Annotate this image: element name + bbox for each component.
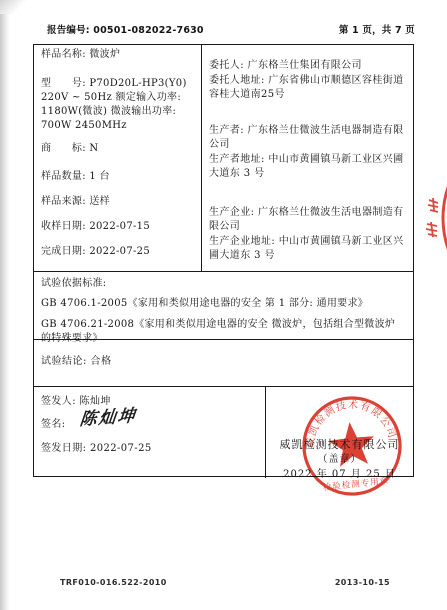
sample-trademark: 商 标: N [41, 142, 197, 156]
sample-rating-2: 1180W(微波) 微波输出功率: [41, 105, 197, 119]
page-header: 报告编号: 00501-082022-7630 第 1 页，共 7 页 [47, 22, 415, 36]
signature-label: 签名: [41, 418, 265, 432]
company-seal-stamp: 威凯检测技术有限公司 检验检测专用章 [300, 394, 404, 504]
sample-completed: 完成日期: 2022-07-25 [41, 245, 197, 259]
consignor: 委托人: 广东格兰仕集团有限公司 [209, 59, 405, 74]
report-page: 报告编号: 00501-082022-7630 第 1 页，共 7 页 样品名称… [0, 0, 447, 610]
sample-source: 样品来源: 送样 [41, 195, 197, 209]
scan-corner-shadow [0, 0, 26, 14]
sample-received: 收样日期: 2022-07-15 [41, 220, 197, 234]
issue-date-line: 签发日期: 2022-07-25 [41, 442, 265, 456]
manufacturer-block: 生产者: 广东格兰仕微波生活电器制造有限公司 生产者地址: 中山市黄圃镇马新工业… [209, 124, 405, 182]
standards-cell: 试验依据标准: GB 4706.1-2005《家用和类似用途电器的安全 第 1 … [34, 271, 413, 339]
producer-address: 生产企业地址: 中山市黄圃镇马新工业区兴圃大道东 3 号 [209, 235, 405, 264]
manufacturer-address: 生产者地址: 中山市黄圃镇马新工业区兴圃大道东 3 号 [209, 153, 405, 182]
edge-seal-glyph-marks [426, 198, 438, 237]
sample-quantity: 样品数量: 1 台 [41, 170, 197, 184]
consignor-address: 委托人地址: 广东省佛山市顺德区容桂街道容桂大道南25号 [209, 74, 405, 103]
seal-star-icon [327, 420, 377, 468]
issuer-line: 签发人: 陈灿坤 [41, 395, 265, 409]
standards-title: 试验依据标准: [41, 277, 405, 291]
producer: 生产企业: 广东格兰仕微波生活电器制造有限公司 [209, 206, 405, 235]
footer-doc-code: TRF010-016.522-2010 [60, 578, 167, 587]
handwritten-signature: 陈灿坤 [79, 401, 139, 430]
scan-edge-shadow [0, 0, 10, 610]
sample-name: 样品名称: 微波炉 [41, 48, 197, 62]
sample-rating-3: 700W 2450MHz [41, 119, 197, 133]
footer-date: 2013-10-15 [335, 578, 390, 587]
consignor-block: 委托人: 广东格兰仕集团有限公司 委托人地址: 广东省佛山市顺德区容桂街道容桂大… [209, 59, 405, 103]
producer-block: 生产企业: 广东格兰仕微波生活电器制造有限公司 生产企业地址: 中山市黄圃镇马新… [209, 206, 405, 264]
page-footer: TRF010-016.522-2010 2013-10-15 [60, 578, 390, 587]
standard-1: GB 4706.1-2005《家用和类似用途电器的安全 第 1 部分: 通用要求… [41, 297, 405, 312]
sample-info-cell: 样品名称: 微波炉 型 号: P70D20L-HP3(Y0) 220V ~ 50… [34, 45, 202, 271]
manufacturer: 生产者: 广东格兰仕微波生活电器制造有限公司 [209, 124, 405, 153]
report-number: 报告编号: 00501-082022-7630 [47, 22, 204, 36]
edge-seal-fragment [417, 158, 447, 280]
conclusion-text: 试验结论: 合格 [41, 356, 112, 367]
party-info-cell: 委托人: 广东格兰仕集团有限公司 委托人地址: 广东省佛山市顺德区容桂街道容桂大… [202, 45, 413, 271]
edge-seal-arc [443, 158, 447, 280]
page-indicator: 第 1 页，共 7 页 [339, 22, 415, 36]
info-row: 样品名称: 微波炉 型 号: P70D20L-HP3(Y0) 220V ~ 50… [34, 45, 413, 271]
sample-model: 型 号: P70D20L-HP3(Y0) [41, 77, 197, 91]
signature-cell: 签发人: 陈灿坤 签名: 陈灿坤 签发日期: 2022-07-25 [34, 387, 266, 478]
sample-rating-1: 220V ~ 50Hz 额定输入功率: [41, 91, 197, 105]
seal-bottom-text: 检验检测专用章 [322, 475, 389, 493]
